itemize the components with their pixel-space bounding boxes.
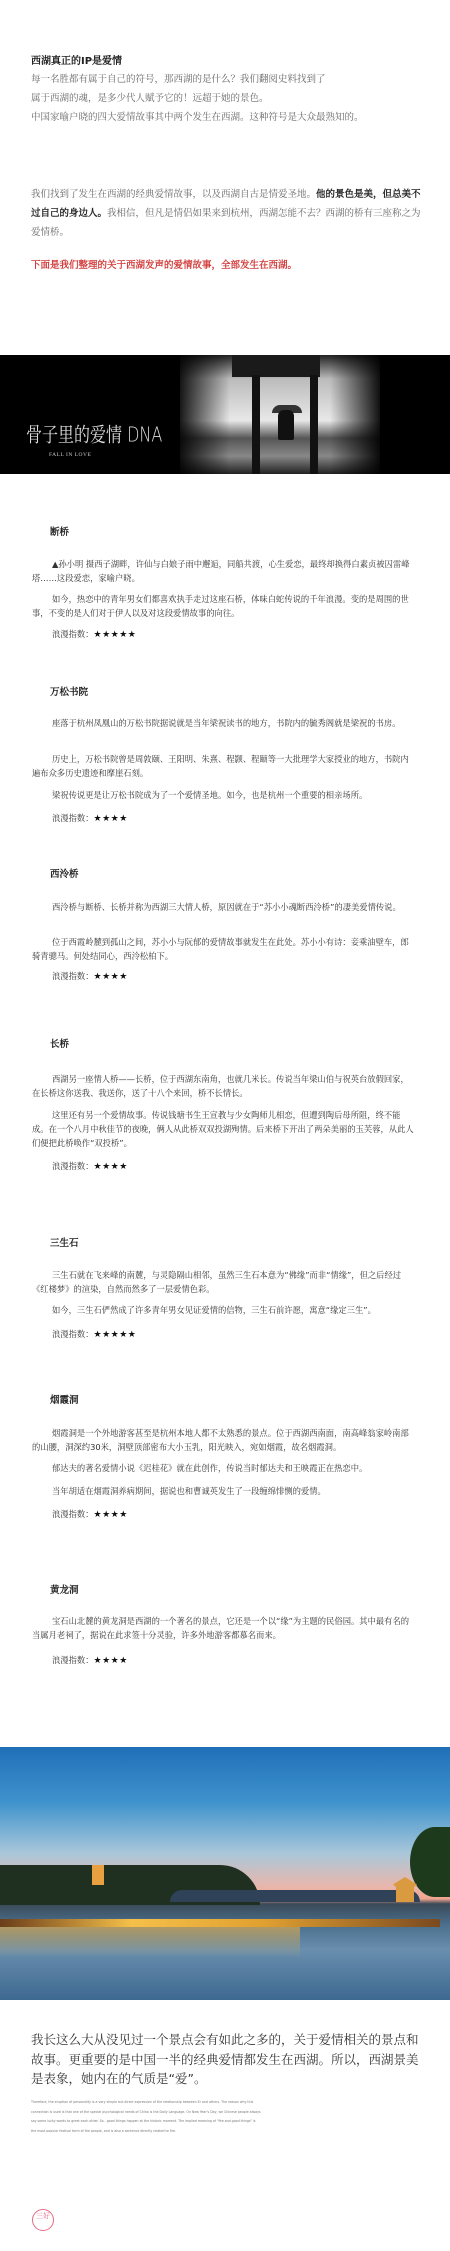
story-section: 黄龙洞 宝石山北麓的黄龙洞是西湖的一个著名的景点，它还是一个以“缘”为主题的民俗… [0,1578,450,1678]
page-title: 西湖真正的IP是爱情 [31,52,122,67]
section-title: 长桥 [50,1036,69,1050]
intro-paragraph-2: 我们找到了发生在西湖的经典爱情故事，以及西湖自古是情爱圣地。他的景色是美，但总美… [31,185,426,242]
section-paragraph: 西泠桥与断桥、长桥并称为西湖三大情人桥，原因就在于“苏小小魂断西泠桥”的凄美爱情… [32,900,417,914]
section-title: 西泠桥 [50,866,79,880]
section-paragraph: 烟霞洞是一个外地游客甚至是杭州本地人都不太熟悉的景点。位于西湖西南面，南高峰翁家… [32,1426,417,1454]
star-icons: ★★★★ [94,1162,128,1172]
star-icons: ★★★★ [94,1510,128,1520]
star-icons: ★★★★★ [94,1330,137,1340]
section-paragraph: ▲孙小明 摄西子湖畔，许仙与白娘子雨中邂逅，同船共渡，心生爱恋，最终却换得白素贞… [32,557,417,585]
banner-title: 骨子里的爱情 DNA [26,419,162,448]
rating-label: 浪漫指数： [52,813,94,823]
rating-label: 浪漫指数： [52,1655,94,1665]
section-paragraph: 如今，热恋中的青年男女们都喜欢执手走过这座石桥，体味白蛇传说的千年浪漫。变的是周… [32,592,417,620]
story-section: 西泠桥 西泠桥与断桥、长桥并称为西湖三大情人桥，原因就在于“苏小小魂断西泠桥”的… [0,862,450,992]
section-paragraph: 如今，三生石俨然成了许多青年男女见证爱情的信物，三生石前许愿，寓意“缘定三生”。 [32,1303,417,1317]
water-reflection [0,1927,300,1957]
star-icons: ★★★★★ [94,630,137,640]
section-paragraph: 历史上，万松书院曾是周敦颐、王阳明、朱熹、程颢、程颐等一大批理学大家授业的地方，… [32,752,417,780]
star-icons: ★★★★ [94,814,128,824]
section-title: 黄龙洞 [50,1582,79,1596]
section-paragraph: 西湖另一座情人桥——长桥，位于西湖东南角，也就几米长。传说当年梁山伯与祝英台放假… [32,1072,417,1100]
romance-rating: 浪漫指数：★★★★ [52,1160,128,1172]
distant-hills [170,1890,420,1902]
rating-label: 浪漫指数： [52,629,94,639]
banner-image: 骨子里的爱情 DNA FALL IN LOVE [0,355,450,474]
leifeng-pagoda [92,1865,104,1885]
section-paragraph: 三生石就在飞来峰的南麓，与灵隐隔山相邻，虽然三生石本意为“佛缘”而非“情缘”，但… [32,1268,417,1296]
photo-shade [160,355,230,474]
intro-paragraph-1: 每一名胜都有属于自己的符号，那西湖的是什么？我们翻阅史料找到了 属于西湖的魂，是… [31,70,426,127]
photo-shade [330,355,390,474]
star-icons: ★★★★ [94,972,128,982]
section-paragraph: 这里还有另一个爱情故事。传说钱塘书生王宣教与少女陶师儿相恋，但遭到陶后母所阻，终… [32,1108,417,1150]
section-paragraph: 位于西霞岭麓到孤山之间，苏小小与阮郁的爱情故事就发生在此处。苏小小有诗：妾乘油壁… [32,935,417,963]
lit-bridge [0,1919,440,1927]
section-title: 烟霞洞 [50,1392,79,1406]
banner-subtitle: FALL IN LOVE [49,452,91,458]
couple-silhouette [278,410,294,440]
section-title: 三生石 [50,1235,79,1249]
west-lake-photo [0,1747,450,2000]
rating-label: 浪漫指数： [52,1329,94,1339]
rating-label: 浪漫指数： [52,1161,94,1171]
closing-statement: 我长这么大从没见过一个景点会有如此之多的，关于爱情相关的景点和故事。更重要的是中… [31,2030,426,2089]
archway-pillar [310,375,318,474]
section-paragraph: 郁达夫的著名爱情小说《迟桂花》就在此创作，传说当时郁达夫和王映霞正在热恋中。 [32,1461,417,1475]
intro-line: 属于西湖的魂，是多少代人赋予它的！远超于她的景色。 [31,93,269,104]
romance-rating: 浪漫指数：★★★★ [52,1654,128,1666]
section-title: 万松书院 [50,684,88,698]
star-icons: ★★★★ [94,1656,128,1666]
section-title: 断桥 [50,524,69,538]
rating-label: 浪漫指数： [52,1509,94,1519]
red-seal-stamp: 三好 [32,2209,54,2231]
story-section: 长桥 西湖另一座情人桥——长桥，位于西湖东南角，也就几米长。传说当年梁山伯与祝英… [0,1032,450,1192]
english-caption: Therefore, the eruption of personality i… [31,2098,261,2136]
tree [410,1827,450,1897]
story-section: 断桥 ▲孙小明 摄西子湖畔，许仙与白娘子雨中邂逅，同船共渡，心生爱恋，最终却换得… [0,520,450,660]
romance-rating: 浪漫指数：★★★★★ [52,1328,136,1340]
archway-pillar [252,375,260,474]
intro-line: 中国家喻户晓的四大爱情故事其中两个发生在西湖。这种符号是大众最熟知的。 [31,112,364,123]
story-section: 烟霞洞 烟霞洞是一个外地游客甚至是杭州本地人都不太熟悉的景点。位于西湖西南面，南… [0,1388,450,1548]
intro-text: 我们找到了发生在西湖的经典爱情故事，以及西湖自古是情爱圣地。 [31,189,316,200]
romance-rating: 浪漫指数：★★★★ [52,812,128,824]
story-section: 万松书院 座落于杭州凤凰山的万松书院据说就是当年梁祝读书的地方，书院内的毓秀阁就… [0,680,450,840]
story-section: 三生石 三生石就在飞来峰的南麓，与灵隐隔山相邻，虽然三生石本意为“佛缘”而非“情… [0,1232,450,1352]
romance-rating: 浪漫指数：★★★★★ [52,628,136,640]
intro-line: 每一名胜都有属于自己的符号，那西湖的是什么？我们翻阅史料找到了 [31,74,326,85]
romance-rating: 浪漫指数：★★★★ [52,1508,128,1520]
section-paragraph: 当年胡适在烟霞洞养病期间，据说也和曹诚英发生了一段缠绵悱恻的爱情。 [32,1484,417,1498]
rating-label: 浪漫指数： [52,971,94,981]
intro-highlight: 下面是我们整理的关于西湖发声的爱情故事，全部发生在西湖。 [31,256,426,275]
section-paragraph: 梁祝传说更是让万松书院成为了一个爱情圣地。如今，也是杭州一个重要的相亲场所。 [32,788,417,802]
section-paragraph: 座落于杭州凤凰山的万松书院据说就是当年梁祝读书的地方，书院内的毓秀阁就是梁祝的书… [32,716,417,730]
archway [232,355,320,377]
romance-rating: 浪漫指数：★★★★ [52,970,128,982]
section-paragraph: 宝石山北麓的黄龙洞是西湖的一个著名的景点，它还是一个以“缘”为主题的民俗园。其中… [32,1614,417,1642]
